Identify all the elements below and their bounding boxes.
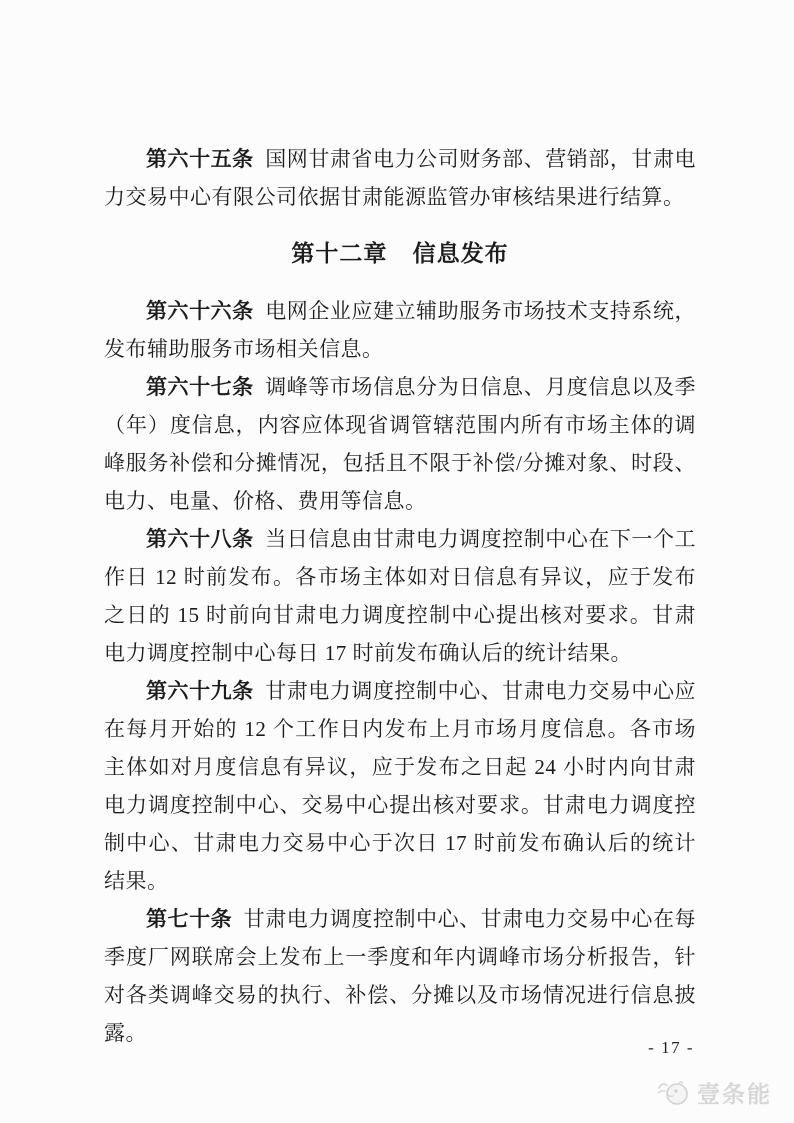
- article-65-paragraph: 第六十五条国网甘肃省电力公司财务部、营销部，甘肃电力交易中心有限公司依据甘肃能源…: [104, 140, 696, 216]
- chapter-title: 信息发布: [413, 241, 509, 266]
- chapter-number: 第十二章: [291, 241, 387, 266]
- watermark-bird-icon: [656, 1078, 692, 1108]
- page-number: - 17 -: [648, 1038, 694, 1058]
- watermark: 壹条能: [656, 1076, 772, 1109]
- article-66-number: 第六十六条: [146, 299, 254, 323]
- article-68-paragraph: 第六十八条当日信息由甘肃电力调度控制中心在下一个工作日 12 时前发布。各市场主…: [104, 520, 696, 672]
- article-67-number: 第六十七条: [146, 375, 254, 399]
- article-70-paragraph: 第七十条甘肃电力调度控制中心、甘肃电力交易中心在每季度厂网联席会上发布上一季度和…: [104, 900, 696, 1052]
- article-66-paragraph: 第六十六条电网企业应建立辅助服务市场技术支持系统，发布辅助服务市场相关信息。: [104, 292, 696, 368]
- article-69-number: 第六十九条: [146, 679, 254, 703]
- article-67-paragraph: 第六十七条调峰等市场信息分为日信息、月度信息以及季（年）度信息，内容应体现省调管…: [104, 368, 696, 520]
- article-70-number: 第七十条: [146, 907, 232, 931]
- article-69-text: 甘肃电力调度控制中心、甘肃电力交易中心应在每月开始的 12 个工作日内发布上月市…: [104, 679, 696, 893]
- article-69-paragraph: 第六十九条甘肃电力调度控制中心、甘肃电力交易中心应在每月开始的 12 个工作日内…: [104, 672, 696, 900]
- document-content: 第六十五条国网甘肃省电力公司财务部、营销部，甘肃电力交易中心有限公司依据甘肃能源…: [104, 140, 696, 1052]
- article-68-number: 第六十八条: [146, 527, 254, 551]
- article-65-number: 第六十五条: [146, 147, 254, 171]
- document-page: 第六十五条国网甘肃省电力公司财务部、营销部，甘肃电力交易中心有限公司依据甘肃能源…: [0, 0, 794, 1123]
- chapter-heading: 第十二章信息发布: [104, 235, 696, 273]
- watermark-text: 壹条能: [697, 1076, 772, 1109]
